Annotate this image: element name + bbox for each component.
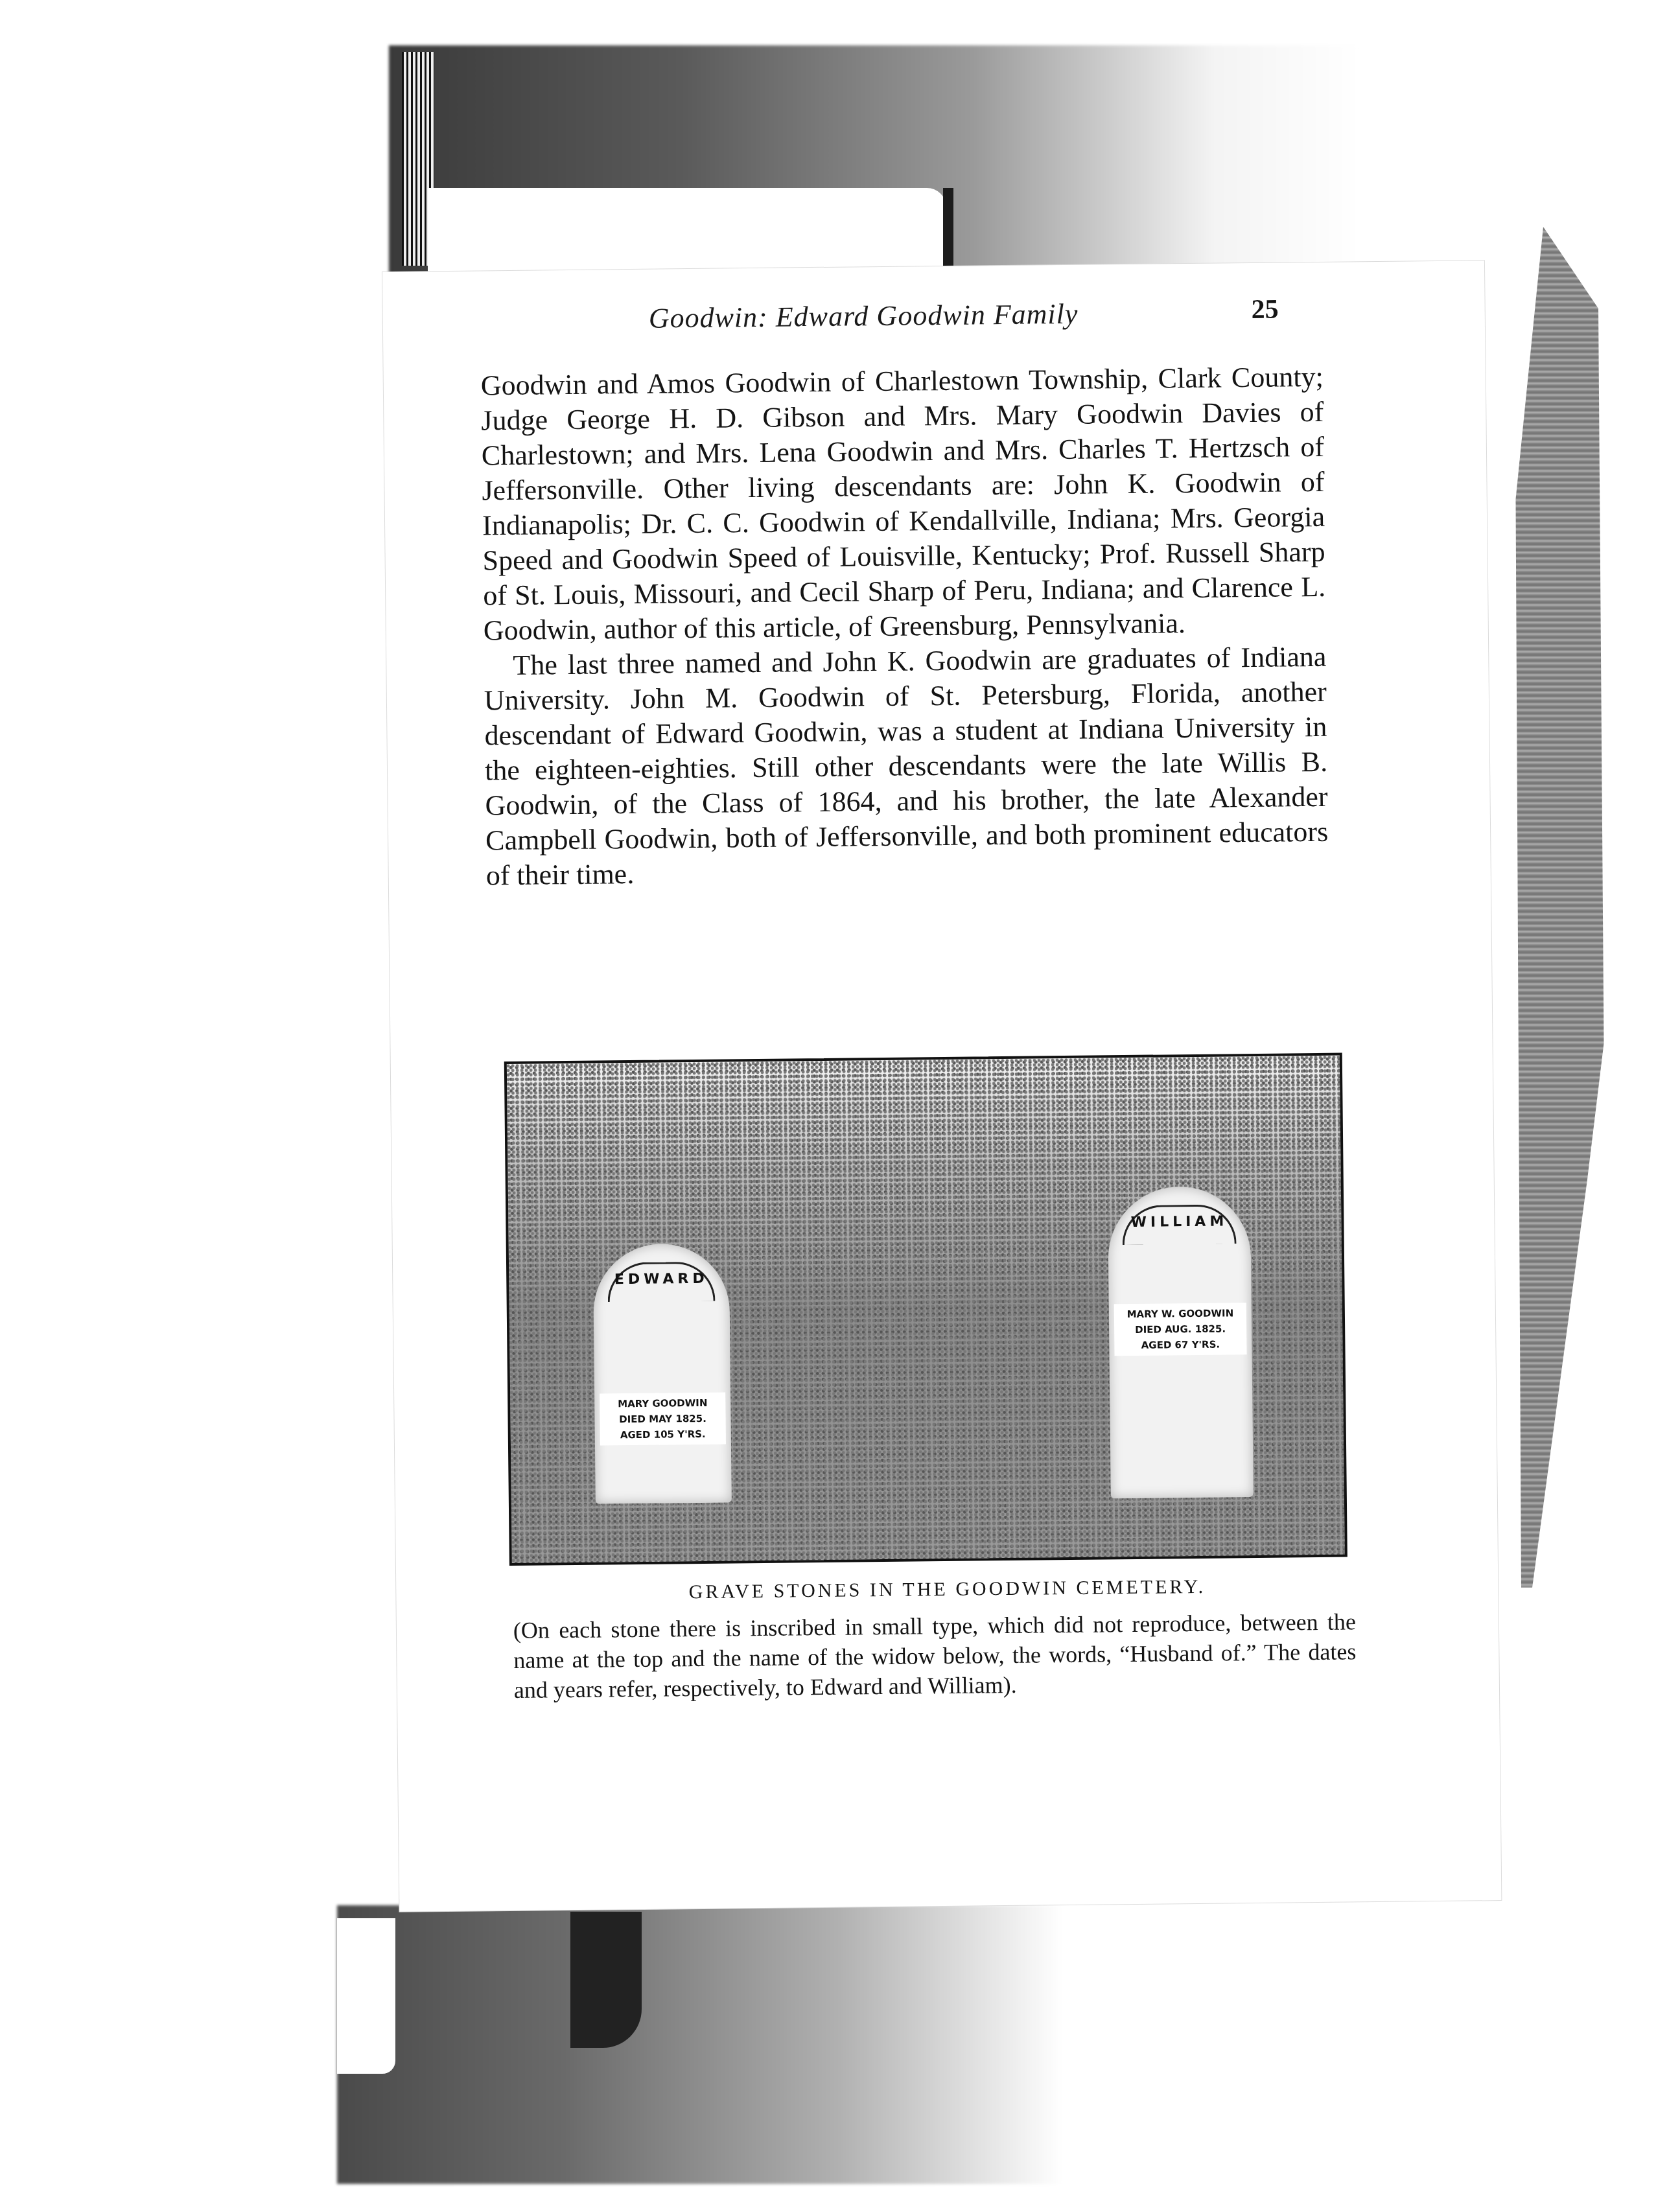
inscription-line: DIED MAY 1825. xyxy=(600,1411,725,1428)
inscription-line: AGED 67 Y'RS. xyxy=(1114,1336,1246,1353)
inscription-line: MARY GOODWIN xyxy=(600,1395,725,1412)
figure-caption-note: (On each stone there is inscribed in sma… xyxy=(513,1607,1357,1705)
figure-caption-title: GRAVE STONES IN THE GOODWIN CEMETERY. xyxy=(590,1575,1303,1605)
book-spine-line xyxy=(943,188,953,269)
page-tab-bottom xyxy=(337,1918,395,2074)
gravestones-photo: EDWARD MARY GOODWIN DIED MAY 1825. AGED … xyxy=(504,1053,1347,1566)
stone-inscription: MARY W. GOODWIN DIED AUG. 1825. AGED 67 … xyxy=(1114,1303,1247,1356)
page-tab-top xyxy=(428,188,946,279)
scanned-book-shadow-bottom xyxy=(337,1905,1244,2184)
gravestone-edward: EDWARD MARY GOODWIN DIED MAY 1825. AGED … xyxy=(593,1243,732,1503)
printed-page: Goodwin: Edward Goodwin Family 25 Goodwi… xyxy=(382,261,1501,1912)
inscription-line: DIED AUG. 1825. xyxy=(1114,1321,1246,1338)
page-number: 25 xyxy=(1251,294,1279,325)
inscription-line: MARY W. GOODWIN xyxy=(1114,1305,1246,1322)
paragraph: The last three named and John K. Goodwin… xyxy=(484,640,1329,894)
stone-inscription: MARY GOODWIN DIED MAY 1825. AGED 105 Y'R… xyxy=(600,1393,726,1446)
running-head: Goodwin: Edward Goodwin Family xyxy=(649,297,1079,335)
stone-top-name: WILLIAM xyxy=(1122,1204,1237,1245)
stone-top-name: EDWARD xyxy=(607,1262,716,1303)
scan-edge-shadow-right xyxy=(1510,227,1620,1588)
inscription-line: AGED 105 Y'RS. xyxy=(600,1426,726,1443)
book-cover-dark-bottom xyxy=(570,1912,642,2048)
gravestone-william: WILLIAM MARY W. GOODWIN DIED AUG. 1825. … xyxy=(1108,1186,1254,1498)
body-text: Goodwin and Amos Goodwin of Charlestown … xyxy=(481,360,1329,894)
paragraph: Goodwin and Amos Goodwin of Charlestown … xyxy=(481,360,1326,649)
